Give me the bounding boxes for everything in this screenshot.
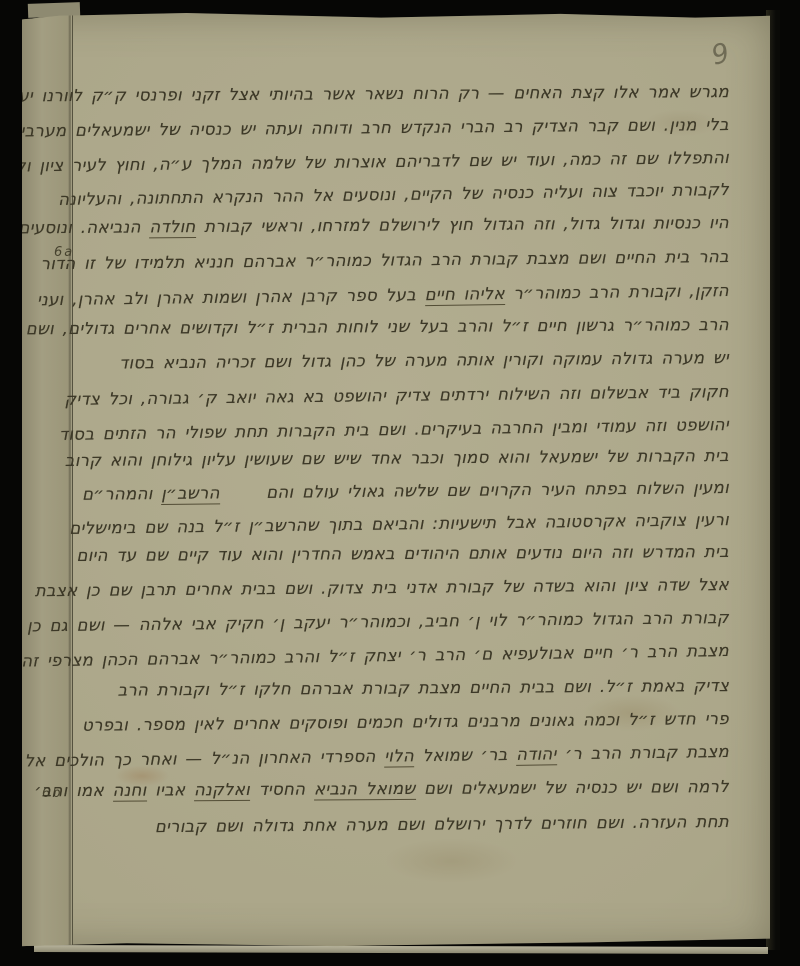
line-segment: הספרדי האחרון הנ״ל — ואחר כך הולכים אל — [24, 747, 384, 771]
manuscript-line: אצל שדה ציון והוא בשדה של קבורת אדני בית… — [82, 575, 729, 600]
manuscript-line: בית הקברות של ישמעאל והוא סמוך וכבר אחד … — [82, 446, 729, 470]
scanned-manuscript-photo: 9 6a 6b מגרש אמר אלו קצת האחים — רק הרוח… — [0, 0, 800, 966]
line-segment: לרמה ושם יש כנסיה של ישמעאלים ושם — [415, 777, 729, 798]
underlined-word: ואלקנה — [194, 780, 250, 801]
line-segment: אצל שדה ציון והוא בשדה של קבורת אדני בית… — [35, 575, 729, 600]
manuscript-line: הרב כמוהר״ר גרשון חיים ז״ל והרב בעל שני … — [82, 315, 729, 338]
manuscript-line: ומעין השלוח בפתח העיר הקרוים שם שלשה גאו… — [82, 478, 729, 506]
manuscript-page: 9 6a 6b מגרש אמר אלו קצת האחים — רק הרוח… — [22, 13, 770, 947]
line-segment: הזקן, וקבורת הרב כמוהר״ר — [505, 281, 729, 303]
line-segment: מצבת קבורת הרב ר׳ — [557, 742, 730, 763]
underlined-word: שמואל הנביא — [314, 779, 416, 801]
line-segment: היו כנסיות וגדול גדול, וזה הגדול חוץ ליר… — [196, 213, 729, 236]
line-segment: בית הקברות של ישמעאל והוא סמוך וכבר אחד … — [65, 446, 729, 470]
underlined-word: חולדה — [149, 217, 195, 238]
manuscript-line: היו כנסיות וגדול גדול, וזה הגדול חוץ ליר… — [82, 213, 729, 237]
underlined-word: הרשב״ן — [161, 483, 220, 505]
manuscript-line: ורעין צוקביה אקרסטובה אבל תישעיות: והביא… — [82, 510, 729, 538]
manuscript-line: יש מערה גדולה עמוקה וקורין אותה מערה של … — [82, 348, 729, 373]
manuscript-line: תחת העזרה. ושם חוזרים לדרך ירושלם ושם מע… — [82, 812, 729, 837]
line-segment: קבורת הרב הגדול כמוהר״ר לוי ן׳ חביב, וכמ… — [27, 608, 729, 635]
line-segment: בית המדרש וזה היום נודעים אותם היהודים ב… — [76, 542, 729, 565]
line-gap — [220, 483, 267, 504]
manuscript-line: לרמה ושם יש כנסיה של ישמעאלים ושם שמואל … — [82, 777, 729, 800]
line-segment: והתפללו שם זה כמה, ועוד יש שם לדבריהם או… — [0, 148, 729, 176]
line-segment: ומעין השלוח בפתח העיר הקרוים שם שלשה גאו… — [266, 478, 729, 504]
line-segment: חקוק ביד אבשלום וזה השילוח ירדתים צדיק י… — [64, 382, 729, 409]
line-segment: הנביאה. ונוסעים — [18, 217, 149, 237]
manuscript-line: מגרש אמר אלו קצת האחים — רק הרוח נשאר אש… — [82, 82, 729, 105]
line-segment: פרי חדש ז״ל וכמה גאונים מרבנים גדולים חכ… — [82, 709, 729, 735]
manuscript-line: חקוק ביד אבשלום וזה השילוח ירדתים צדיק י… — [82, 382, 729, 409]
line-segment: מגרש אמר אלו קצת האחים — רק הרוח נשאר אש… — [0, 82, 729, 106]
manuscript-line: בית המדרש וזה היום נודעים אותם היהודים ב… — [82, 542, 729, 565]
line-segment: הרב כמוהר״ר גרשון חיים ז״ל והרב בעל שני … — [26, 315, 729, 338]
manuscript-line: פרי חדש ז״ל וכמה גאונים מרבנים גדולים חכ… — [82, 709, 729, 735]
underlined-word: וחנה — [112, 781, 146, 802]
underlined-word: אליהו חיים — [424, 284, 505, 306]
manuscript-line: יהושפט וזה עמודי ומבין החרבה בעיקרים. וש… — [82, 415, 729, 444]
line-segment: לקבורת יוכבד צוה ועליה כנסיה של הקיים, ו… — [58, 180, 729, 209]
underlined-word: הלוי — [384, 746, 414, 767]
line-segment: צדיק באמת ז״ל. ושם בבית החיים מצבת קבורת… — [117, 676, 729, 700]
line-segment: תחת העזרה. ושם חוזרים לדרך ירושלם ושם מע… — [155, 812, 729, 836]
line-segment: אמו והב׳ — [34, 781, 112, 800]
manuscript-line: והתפללו שם זה כמה, ועוד יש שם לדבריהם או… — [82, 148, 729, 175]
line-segment: בהר בית החיים ושם מצבת קבורת הרב הגדול כ… — [41, 247, 730, 273]
manuscript-line: צדיק באמת ז״ל. ושם בבית החיים מצבת קבורת… — [82, 676, 729, 700]
underlined-word: יהודה — [516, 744, 557, 766]
manuscript-line: מצבת קבורת הרב ר׳ יהודה בר׳ שמואל הלוי ה… — [82, 742, 729, 770]
manuscript-line: בלי מנין. ושם קבר הצדיק רב הברי הנקדש חר… — [82, 115, 729, 140]
manuscript-line: בהר בית החיים ושם מצבת קבורת הרב הגדול כ… — [82, 247, 729, 273]
manuscript-line: הזקן, וקבורת הרב כמוהר״ר אליהו חיים בעל … — [82, 281, 729, 309]
line-segment: בעל ספר קרבן אהרן ושמות אהרן ולב אהרן, ו… — [37, 285, 425, 309]
book-gutter-edge — [22, 13, 73, 947]
line-segment: יהושפט וזה עמודי ומבין החרבה בעיקרים. וש… — [59, 415, 729, 444]
manuscript-line: לקבורת יוכבד צוה ועליה כנסיה של הקיים, ו… — [82, 180, 729, 209]
manuscript-line: קבורת הרב הגדול כמוהר״ר לוי ן׳ חביב, וכמ… — [82, 608, 729, 635]
line-segment: והמהר״ם — [82, 484, 161, 506]
line-segment: החסיד — [250, 780, 314, 799]
line-segment: בר׳ שמואל — [414, 745, 516, 765]
manuscript-line: מצבת הרב ר׳ חיים אבולעפיא ם׳ הרב ר׳ יצחק… — [82, 641, 729, 670]
manuscript-text-block: מגרש אמר אלו קצת האחים — רק הרוח נשאר אש… — [82, 13, 729, 947]
line-segment: יש מערה גדולה עמוקה וקורין אותה מערה של … — [119, 348, 729, 372]
line-segment: ורעין צוקביה אקרסטובה אבל תישעיות: והביא… — [69, 510, 729, 538]
line-segment: אביו — [147, 780, 194, 799]
line-segment: מצבת הרב ר׳ חיים אבולעפיא ם׳ הרב ר׳ יצחק… — [21, 641, 729, 670]
underlying-page-edge — [34, 945, 768, 954]
line-segment: בלי מנין. ושם קבר הצדיק רב הברי הנקדש חר… — [9, 115, 729, 140]
